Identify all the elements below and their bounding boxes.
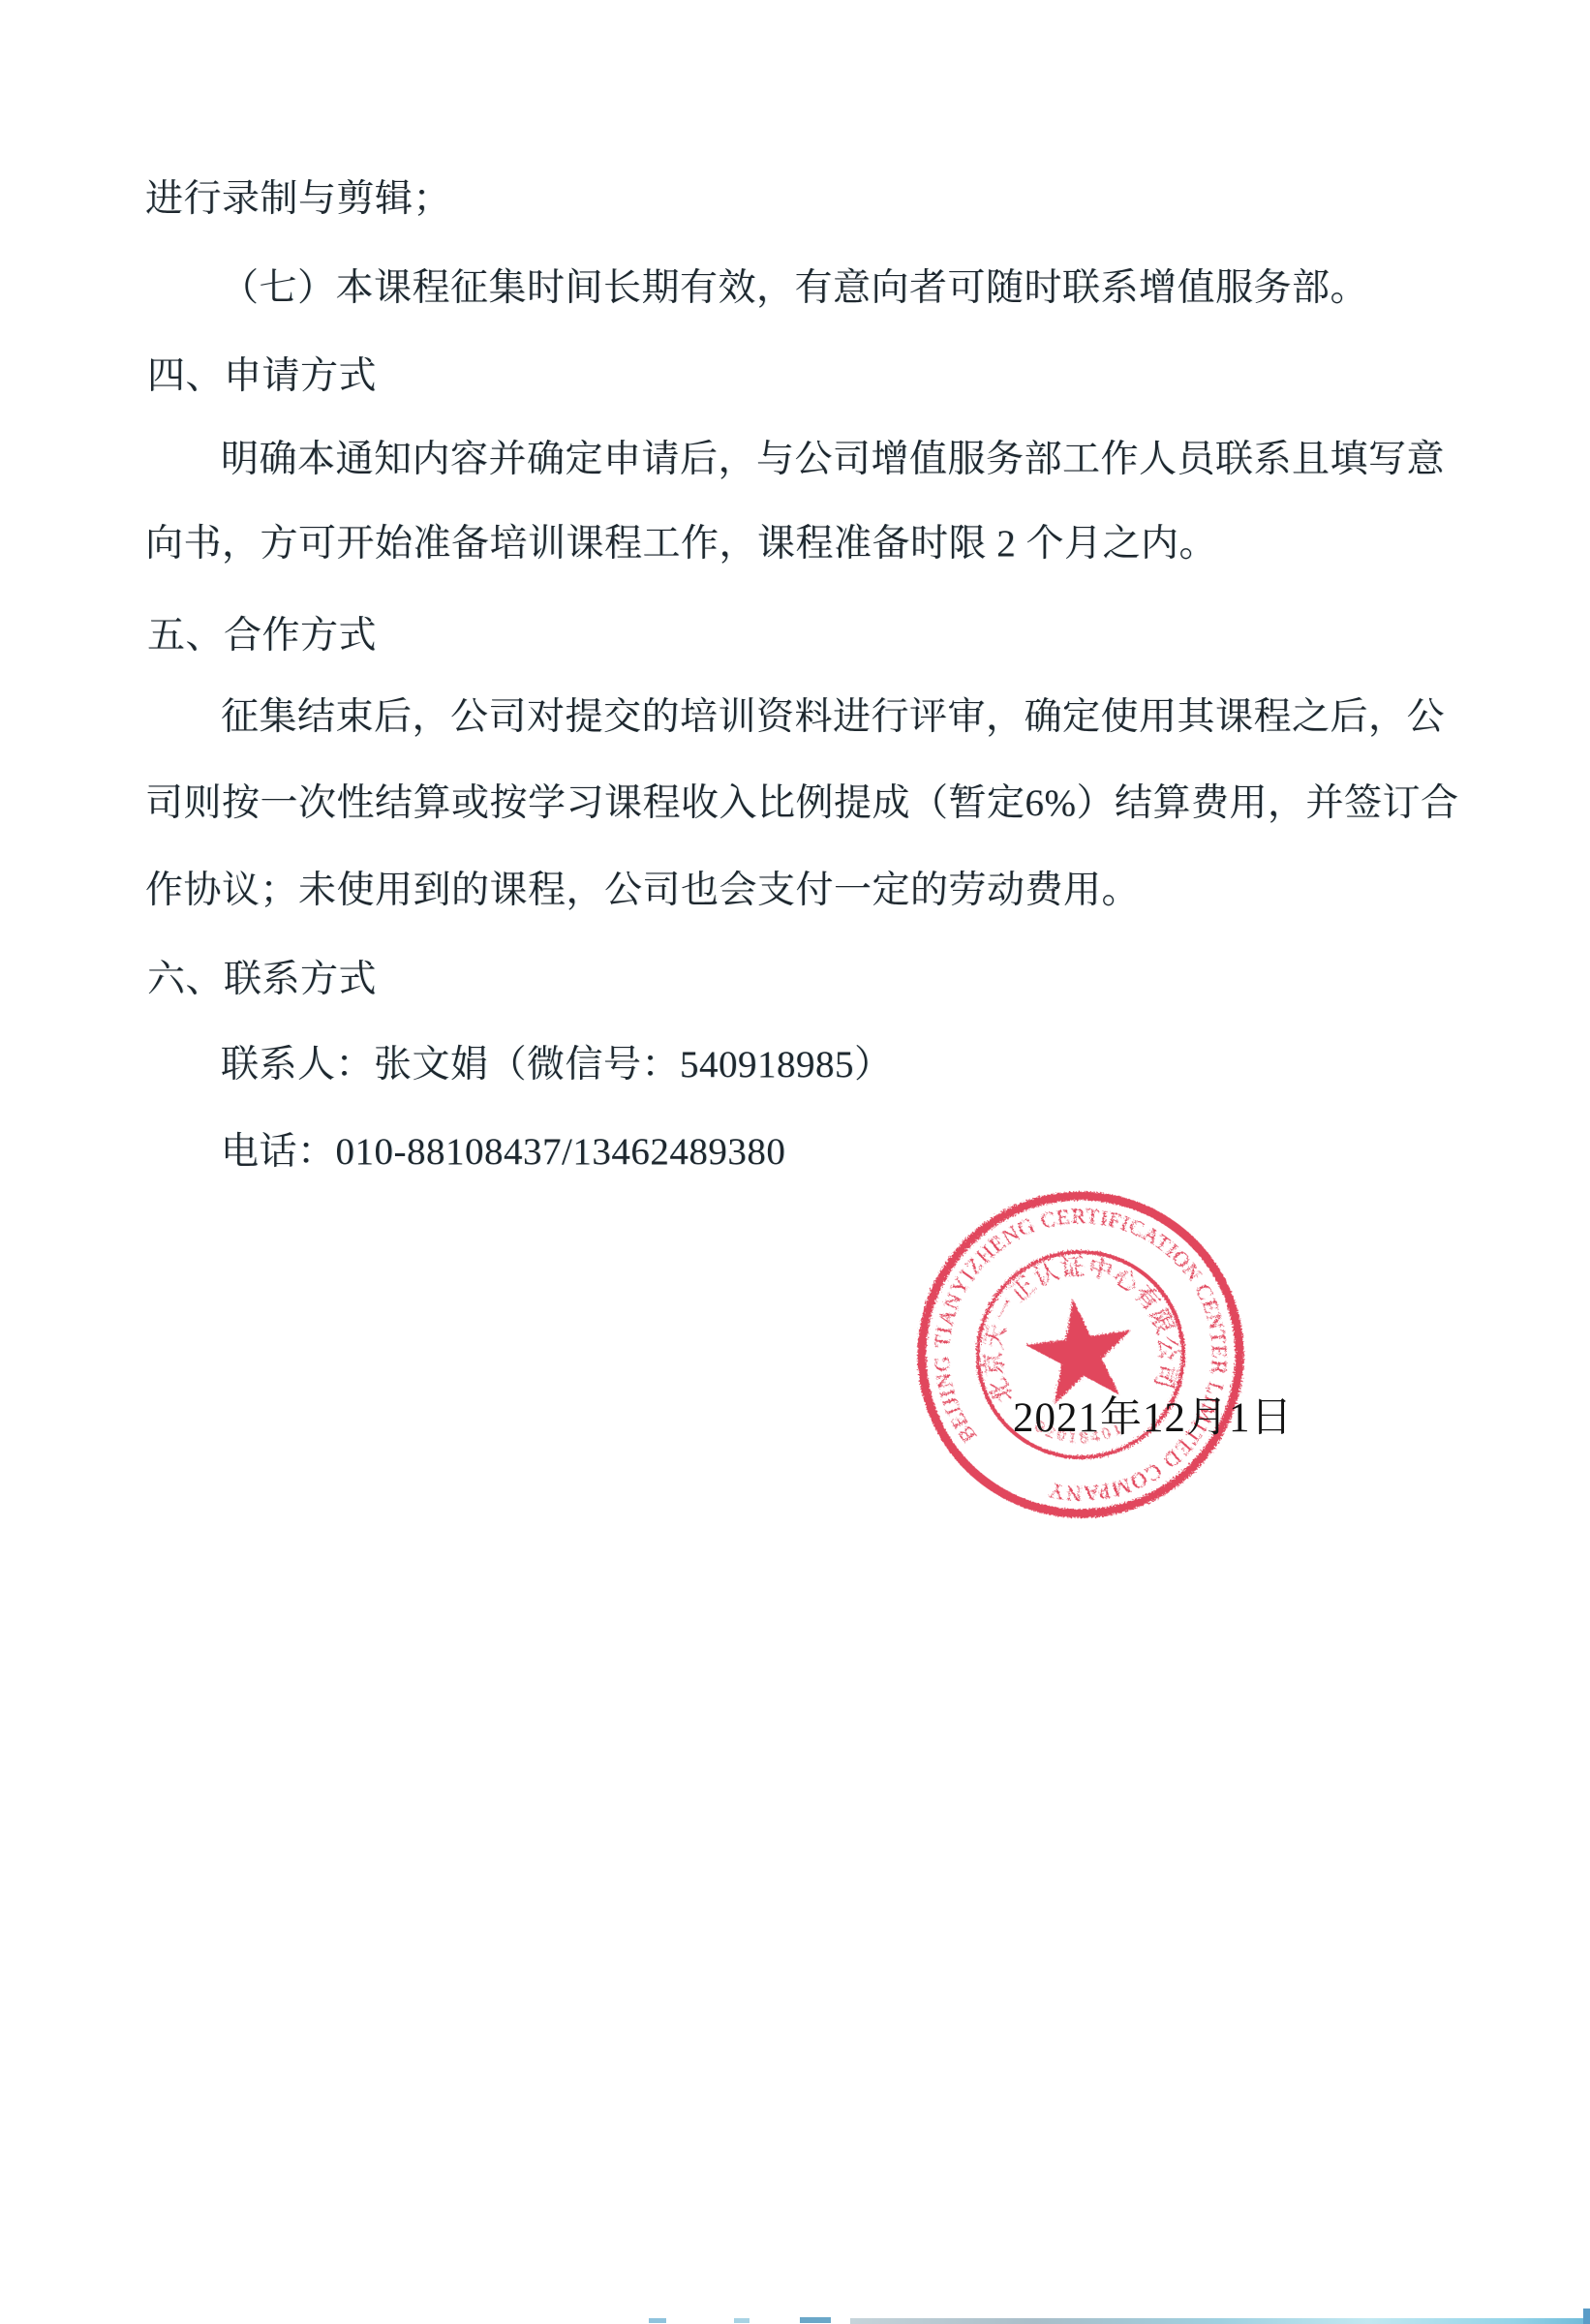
section-heading-cooperation-method: 五、合作方式 [147, 614, 377, 658]
scanned-document-page: 进行录制与剪辑； （七）本课程征集时间长期有效，有意向者可随时联系增值服务部。 … [0, 0, 1590, 2324]
section-heading-contact-method: 六、联系方式 [147, 958, 377, 1002]
phone-number-line: 电话：010-88108437/13462489380 [221, 1130, 785, 1175]
document-line: （七）本课程征集时间长期有效，有意向者可随时联系增值服务部。 [221, 266, 1368, 311]
document-line: 明确本通知内容并确定申请后，与公司增值服务部工作人员联系且填写意 [221, 438, 1445, 482]
scan-artifact [850, 2318, 1590, 2324]
document-line: 进行录制与剪辑； [145, 177, 451, 222]
contact-person-line: 联系人：张文娟（微信号：540918985） [221, 1043, 893, 1087]
document-line: 向书，方可开始准备培训课程工作，课程准备时限 2 个月之内。 [145, 522, 1217, 566]
section-heading-apply-method: 四、申请方式 [147, 354, 377, 399]
scan-artifact [734, 2318, 749, 2323]
document-line: 司则按一次性结算或按学习课程收入比例提成（暂定6%）结算费用，并签订合 [145, 781, 1459, 826]
seal-date: 2021年12月1日 [1013, 1385, 1294, 1444]
company-seal: BEIJING TIANYIZHENG CERTIFICATION CENTER… [897, 1171, 1265, 1539]
scan-artifact [649, 2318, 666, 2323]
scan-artifact [800, 2317, 831, 2323]
document-line: 征集结束后，公司对提交的培训资料进行评审，确定使用其课程之后，公 [221, 695, 1445, 740]
document-line: 作协议；未使用到的课程，公司也会支付一定的劳动费用。 [145, 869, 1140, 913]
scan-artifact [1583, 2309, 1590, 2324]
